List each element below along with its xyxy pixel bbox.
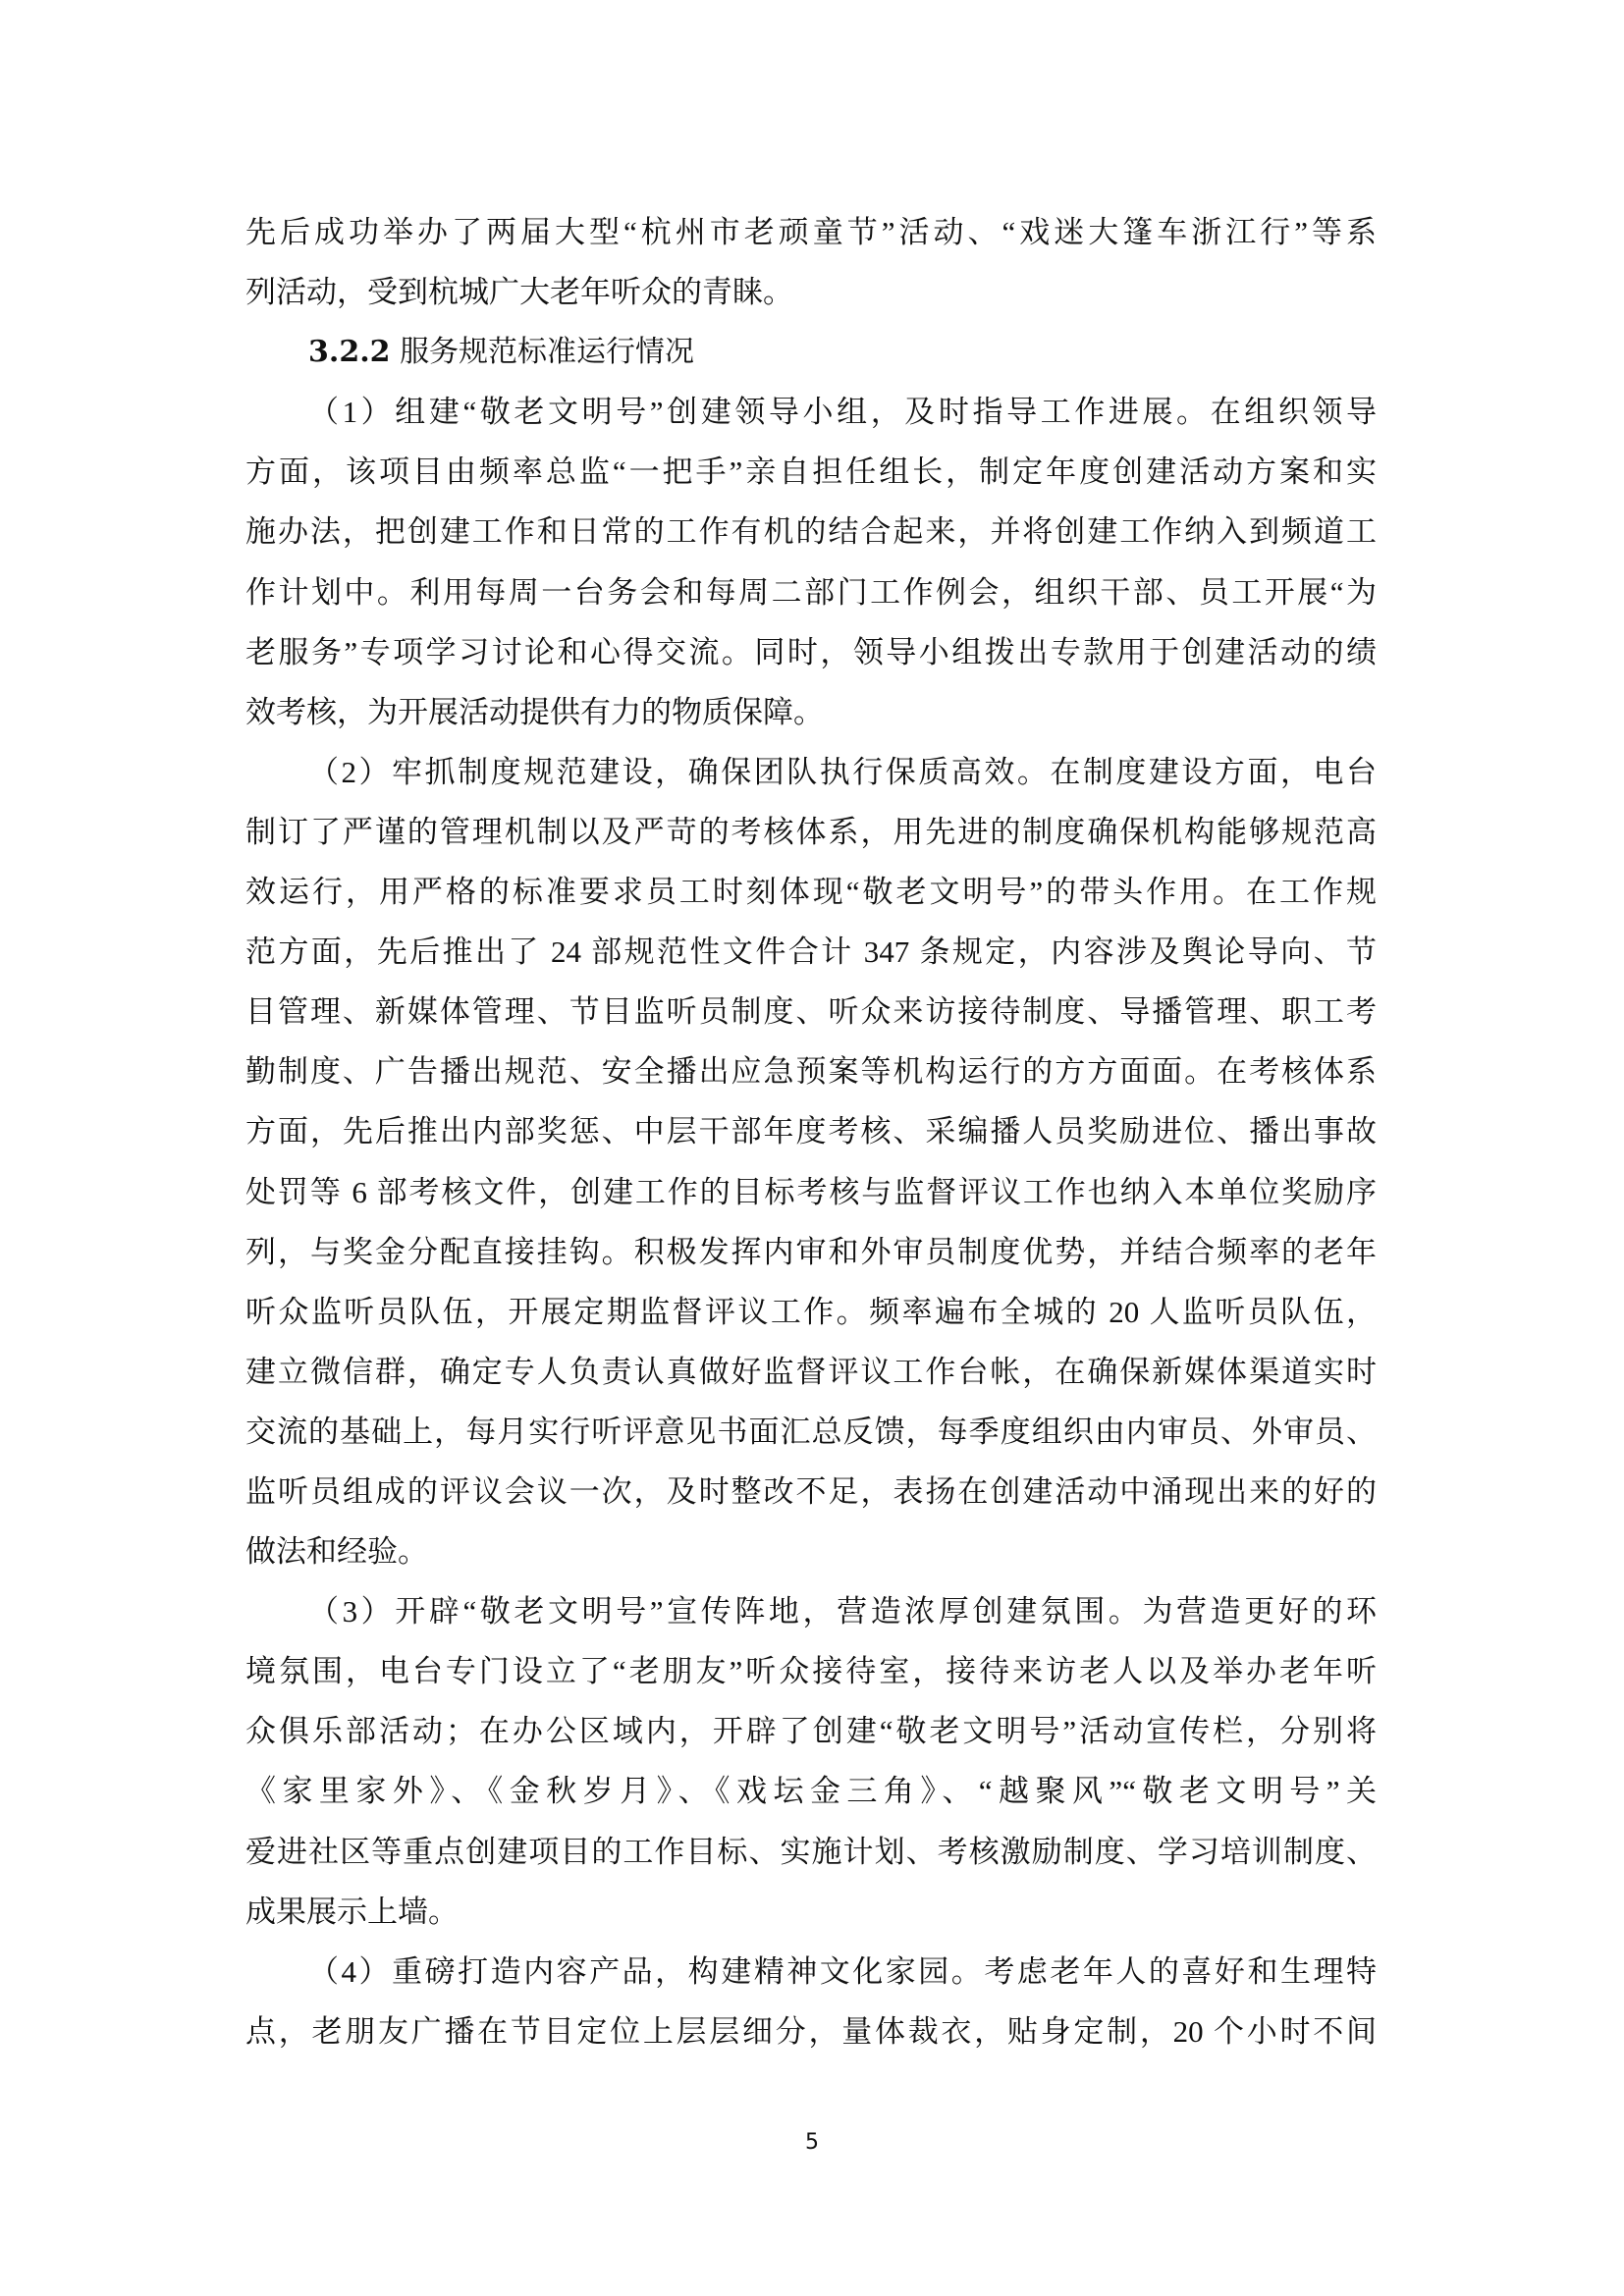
text-line: 做法和经验。 (245, 1527, 1377, 1587)
text-line: 成果展示上墙。 (245, 1888, 1377, 1948)
text-line: 交流的基础上，每月实行听评意见书面汇总反馈，每季度组织由内审员、外审员、 (245, 1408, 1377, 1468)
section-number: 3.2.2 (308, 335, 391, 369)
body-text: 先后成功举办了两届大型“杭州市老顽童节”活动、“戏迷大篷车浙江行”等系 列活动，… (245, 208, 1377, 2067)
text-line: 点，老朋友广播在节目定位上层层细分，量体裁衣，贴身定制，20 个小时不间 (245, 2007, 1377, 2067)
text-line: 监听员组成的评议会议一次，及时整改不足，表扬在创建活动中涌现出来的好的 (245, 1468, 1377, 1527)
document-page: 先后成功举办了两届大型“杭州市老顽童节”活动、“戏迷大篷车浙江行”等系 列活动，… (0, 0, 1624, 2296)
text-line: 作计划中。利用每周一台务会和每周二部门工作例会，组织干部、员工开展“为 (245, 568, 1377, 628)
text-line: 老服务”专项学习讨论和心得交流。同时，领导小组拨出专款用于创建活动的绩 (245, 628, 1377, 688)
text-line: 境氛围，电台专门设立了“老朋友”听众接待室，接待来访老人以及举办老年听 (245, 1647, 1377, 1707)
text-line: 范方面，先后推出了 24 部规范性文件合计 347 条规定，内容涉及舆论导向、节 (245, 928, 1377, 988)
text-line: 施办法，把创建工作和日常的工作有机的结合起来，并将创建工作纳入到频道工 (245, 507, 1377, 567)
text-line: 方面，先后推出内部奖惩、中层干部年度考核、采编播人员奖励进位、播出事故 (245, 1107, 1377, 1167)
text-line: 目管理、新媒体管理、节目监听员制度、听众来访接待制度、导播管理、职工考 (245, 988, 1377, 1047)
text-line: 听众监听员队伍，开展定期监督评议工作。频率遍布全城的 20 人监听员队伍， (245, 1288, 1377, 1348)
page-number: 5 (0, 2130, 1624, 2155)
section-title: 服务规范标准运行情况 (400, 335, 694, 369)
text-line: 先后成功举办了两届大型“杭州市老顽童节”活动、“戏迷大篷车浙江行”等系 (245, 208, 1377, 268)
paragraph-first-line: （2）牢抓制度规范建设，确保团队执行保质高效。在制度建设方面，电台 (245, 748, 1377, 808)
text-line: 制订了严谨的管理机制以及严苛的考核体系，用先进的制度确保机构能够规范高 (245, 808, 1377, 868)
paragraph-first-line: （1）组建“敬老文明号”创建领导小组，及时指导工作进展。在组织领导 (245, 388, 1377, 448)
text-line: 《家里家外》、《金秋岁月》、《戏坛金三角》、“越聚风”“敬老文明号”关 (245, 1767, 1377, 1827)
text-line: 勤制度、广告播出规范、安全播出应急预案等机构运行的方方面面。在考核体系 (245, 1047, 1377, 1107)
text-line: 方面，该项目由频率总监“一把手”亲自担任组长，制定年度创建活动方案和实 (245, 448, 1377, 507)
text-line: 建立微信群，确定专人负责认真做好监督评议工作台帐，在确保新媒体渠道实时 (245, 1348, 1377, 1408)
paragraph-first-line: （3）开辟“敬老文明号”宣传阵地，营造浓厚创建氛围。为营造更好的环 (245, 1587, 1377, 1647)
text-line: 效运行，用严格的标准要求员工时刻体现“敬老文明号”的带头作用。在工作规 (245, 868, 1377, 928)
text-line: 效考核，为开展活动提供有力的物质保障。 (245, 688, 1377, 748)
text-line: 众俱乐部活动；在办公区域内，开辟了创建“敬老文明号”活动宣传栏，分别将 (245, 1707, 1377, 1767)
text-line: 爱进社区等重点创建项目的工作目标、实施计划、考核激励制度、学习培训制度、 (245, 1828, 1377, 1888)
text-line: 列，与奖金分配直接挂钩。积极发挥内审和外审员制度优势，并结合频率的老年 (245, 1228, 1377, 1288)
text-line: 处罚等 6 部考核文件，创建工作的目标考核与监督评议工作也纳入本单位奖励序 (245, 1168, 1377, 1228)
section-heading: 3.2.2 服务规范标准运行情况 (245, 328, 1377, 388)
text-line: 列活动，受到杭城广大老年听众的青睐。 (245, 268, 1377, 328)
paragraph-first-line: （4）重磅打造内容产品，构建精神文化家园。考虑老年人的喜好和生理特 (245, 1948, 1377, 2007)
